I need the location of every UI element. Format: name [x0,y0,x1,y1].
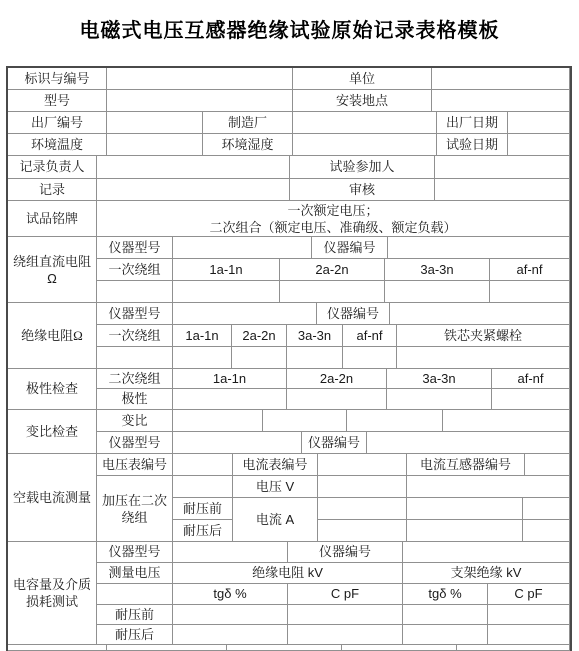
label-after-withstand: 耐压后 [97,625,173,645]
label-polarity: 极性 [97,389,173,410]
input-cell[interactable] [318,520,407,542]
record-table: 标识与编号 单位 型号 安装地点 出厂编号 制造厂 出厂日期 环境温度 环境湿度… [6,66,572,651]
dc-res-label-line2: Ω [47,270,57,287]
capacitance-label-line1: 电容量及介质 [13,576,91,593]
input-cell[interactable] [407,498,523,520]
input-review[interactable] [435,179,570,201]
header-2a-2n: 2a-2n [287,369,387,389]
header-1a-1n: 1a-1n [173,369,287,389]
input-record-person[interactable] [97,156,290,179]
input-cell[interactable] [287,347,343,369]
label-current-a: 电流 A [233,498,318,542]
input-manufacturer[interactable] [293,112,437,134]
input-cell[interactable] [523,520,570,542]
input-test-participants[interactable] [435,156,570,179]
input-cell[interactable] [107,645,227,651]
input-cell[interactable] [263,410,347,432]
nameplate-content: 一次额定电压； 二次组合（额定电压、准确级、额定负载） [97,201,570,237]
input-cell[interactable] [488,625,570,645]
section-label-ratio-check: 变比检查 [8,410,97,454]
nameplate-line1: 一次额定电压； [287,202,378,219]
capacitance-label-line2: 损耗测试 [26,593,78,610]
label-primary-winding: 一次绕组 [97,259,173,281]
header-c-pf: C pF [488,584,570,605]
label-model: 型号 [8,90,107,112]
input-instrument-model[interactable] [173,432,302,454]
section-label-no-load-current: 空载电流测量 [8,454,97,542]
input-cell[interactable] [287,389,387,410]
input-cell[interactable] [385,281,490,303]
label-manufacturer: 制造厂 [203,112,293,134]
document-page: 电磁式电压互感器绝缘试验原始记录表格模板 标识与编号 单位 型号 安装地点 出厂… [0,0,579,651]
label-instrument-model: 仪器型号 [97,303,173,325]
input-cell[interactable] [403,605,488,625]
input-cell[interactable] [173,605,288,625]
label-test-date: 试验日期 [437,134,508,156]
input-cell[interactable] [173,281,280,303]
pressurize-line2: 绕组 [121,509,147,526]
input-cell[interactable] [173,410,263,432]
input-instrument-number[interactable] [388,237,570,259]
header-af-nf: af-nf [343,325,397,347]
input-cell[interactable] [173,476,233,498]
header-1a-1n: 1a-1n [173,325,232,347]
dc-res-label-line1: 绕组直流电阻 [13,253,91,270]
input-cell[interactable] [443,410,570,432]
input-cell[interactable] [403,625,488,645]
input-cell[interactable] [407,476,570,498]
header-3a-3n: 3a-3n [385,259,490,281]
input-test-date[interactable] [508,134,570,156]
label-id-number: 标识与编号 [8,68,107,90]
header-core-clamp-bolt: 铁芯夹紧螺栓 [397,325,570,347]
input-cell[interactable] [318,476,407,498]
input-cell[interactable] [97,347,173,369]
label-voltage-v: 电压 V [233,476,318,498]
input-cell[interactable] [97,281,173,303]
label-record-person: 记录负责人 [8,156,97,179]
input-record[interactable] [97,179,290,201]
label-unit: 单位 [293,68,432,90]
input-cell[interactable] [343,347,397,369]
input-ammeter-number[interactable] [318,454,407,476]
input-factory-date[interactable] [508,112,570,134]
section-label-capacitance-loss: 电容量及介质 损耗测试 [8,542,97,645]
input-unit[interactable] [432,68,570,90]
header-2a-2n: 2a-2n [280,259,385,281]
header-1a-1n: 1a-1n [173,259,280,281]
label-factory-date: 出厂日期 [437,112,508,134]
label-ratio: 变比 [97,410,173,432]
input-cell[interactable] [8,645,107,651]
input-instrument-model[interactable] [173,237,312,259]
input-instrument-model[interactable] [173,542,288,563]
header-af-nf: af-nf [490,259,570,281]
input-install-location[interactable] [432,90,570,112]
input-factory-number[interactable] [107,112,203,134]
label-after-withstand: 耐压后 [173,520,233,542]
input-ambient-temperature[interactable] [107,134,203,156]
input-voltmeter-number[interactable] [173,454,233,476]
input-cell[interactable] [488,605,570,625]
label-instrument-model: 仪器型号 [97,432,173,454]
input-cell[interactable] [457,645,570,651]
input-cell[interactable] [97,584,173,605]
label-instrument-number: 仪器编号 [302,432,367,454]
input-model[interactable] [107,90,293,112]
label-ambient-humidity: 环境湿度 [203,134,293,156]
label-measure-voltage: 测量电压 [97,563,173,584]
input-cell[interactable] [342,645,457,651]
label-voltmeter-number: 电压表编号 [97,454,173,476]
input-cell[interactable] [347,410,443,432]
input-id-number[interactable] [107,68,293,90]
header-3a-3n: 3a-3n [287,325,343,347]
label-before-withstand: 耐压前 [97,605,173,625]
header-af-nf: af-nf [492,369,570,389]
label-before-withstand: 耐压前 [173,498,233,520]
header-3a-3n: 3a-3n [387,369,492,389]
input-cell[interactable] [397,347,570,369]
header-c-pf: C pF [288,584,403,605]
header-tg-delta: tgδ % [403,584,488,605]
input-cell[interactable] [173,347,232,369]
input-cell[interactable] [288,625,403,645]
input-ct-number[interactable] [525,454,570,476]
label-secondary-winding: 二次绕组 [97,369,173,389]
label-ct-number: 电流互感器编号 [407,454,525,476]
input-cell[interactable] [227,645,342,651]
label-test-participants: 试验参加人 [290,156,435,179]
label-instrument-model: 仪器型号 [97,542,173,563]
header-tg-delta: tgδ % [173,584,288,605]
input-instrument-model[interactable] [173,303,317,325]
pressurize-line1: 加压在二次 [102,492,167,509]
input-instrument-number[interactable] [403,542,570,563]
header-insulation-resistance-kv: 绝缘电阻 kV [173,563,403,584]
input-instrument-number[interactable] [390,303,570,325]
input-cell[interactable] [232,347,287,369]
input-cell[interactable] [387,389,492,410]
label-instrument-number: 仪器编号 [317,303,390,325]
section-label-dc-resistance: 绕组直流电阻 Ω [8,237,97,303]
label-instrument-number: 仪器编号 [288,542,403,563]
label-ammeter-number: 电流表编号 [233,454,318,476]
label-nameplate: 试品铭牌 [8,201,97,237]
section-label-insulation-resistance: 绝缘电阻Ω [8,303,97,369]
header-2a-2n: 2a-2n [232,325,287,347]
input-cell[interactable] [490,281,570,303]
input-instrument-number[interactable] [367,432,570,454]
label-factory-number: 出厂编号 [8,112,107,134]
label-instrument-model: 仪器型号 [97,237,173,259]
label-primary-winding: 一次绕组 [97,325,173,347]
section-label-polarity-check: 极性检查 [8,369,97,410]
label-install-location: 安装地点 [293,90,432,112]
input-cell[interactable] [492,389,570,410]
header-support-insulation-kv: 支架绝缘 kV [403,563,570,584]
input-cell[interactable] [288,605,403,625]
input-cell[interactable] [407,520,523,542]
label-instrument-number: 仪器编号 [312,237,388,259]
input-cell[interactable] [523,498,570,520]
label-review: 审核 [290,179,435,201]
label-record: 记录 [8,179,97,201]
label-pressurize-secondary: 加压在二次 绕组 [97,476,173,542]
page-title: 电磁式电压互感器绝缘试验原始记录表格模板 [0,14,579,43]
input-cell[interactable] [173,389,287,410]
input-cell[interactable] [173,625,288,645]
input-ambient-humidity[interactable] [293,134,437,156]
input-cell[interactable] [318,498,407,520]
nameplate-line2: 二次组合（额定电压、准确级、额定负载） [209,219,456,236]
label-ambient-temperature: 环境温度 [8,134,107,156]
input-cell[interactable] [280,281,385,303]
